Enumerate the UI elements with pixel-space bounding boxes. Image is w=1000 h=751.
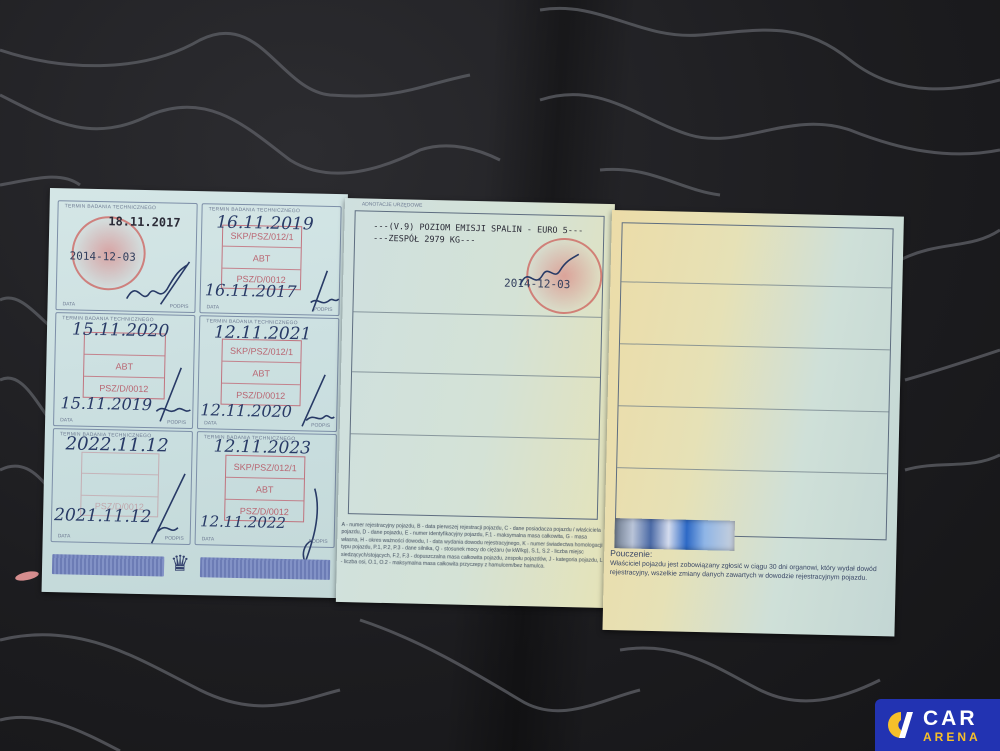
security-band	[200, 557, 330, 580]
date-label: DATA	[58, 533, 71, 539]
combination-mass-entry: ---ZESPÓŁ 2979 KG---	[373, 234, 476, 246]
ruled-line	[352, 371, 600, 378]
ruled-line	[619, 405, 889, 412]
vehicle-category: ABT	[222, 247, 300, 270]
vehicle-category: ABT	[222, 362, 300, 386]
signature-label: PODPIS	[309, 538, 328, 544]
inspection-performed-date: 12.11.2020	[200, 400, 292, 421]
next-inspection-date: 12.11.2023	[213, 436, 311, 458]
date-label: DATA	[202, 536, 215, 542]
inspection-cell: TERMIN BADANIA TECHNICZNEGO SKP/PSZ/012/…	[197, 315, 339, 432]
inspection-cell: TERMIN BADANIA TECHNICZNEGO ABT PSZ/D/00…	[53, 312, 195, 429]
next-inspection-date: 15.11.2020	[72, 319, 170, 341]
ruled-line	[621, 281, 891, 288]
date-label: DATA	[60, 417, 73, 423]
car-arena-logo: CAR ARENA	[875, 699, 1000, 751]
date-label: DATA	[206, 304, 219, 310]
inspection-station-stamp: SKP/PSZ/012/1 ABT PSZ/D/0012	[221, 339, 302, 407]
hologram-sticker	[614, 518, 735, 551]
signature	[150, 363, 193, 424]
inspection-cell: TERMIN BADANIA TECHNICZNEGO PSZ/D/0012 2…	[51, 428, 193, 545]
annotations-box: ADNOTACJE URZĘDOWE ---(V.9) POZIOM EMISJ…	[348, 210, 605, 520]
next-inspection-date: 16.11.2019	[216, 212, 314, 234]
signature	[514, 251, 585, 293]
next-inspection-date: 12.11.2021	[214, 322, 312, 344]
notice-title: Pouczenie:	[610, 548, 652, 559]
signature	[291, 484, 333, 565]
notice-page: Pouczenie: Właściciel pojazdu jest zobow…	[602, 210, 903, 637]
next-inspection-date: 18.11.2017	[108, 214, 181, 230]
next-inspection-date: 2022.11.12	[65, 433, 168, 456]
station-id	[82, 453, 158, 476]
registration-document: TERMIN BADANIA TECHNICZNEGO 18.11.2017 2…	[0, 0, 1000, 751]
signature-label: PODPIS	[170, 304, 189, 310]
ruled-line	[617, 467, 887, 474]
vehicle-category	[82, 474, 158, 497]
inspection-performed-date: 16.11.2017	[205, 280, 297, 301]
signature	[116, 258, 197, 310]
date-label: DATA	[63, 301, 76, 307]
signature-label: PODPIS	[311, 423, 330, 429]
field-codes-legend: A - numer rejestracyjny pojazdu, B - dat…	[340, 522, 604, 604]
inspection-cell: TERMIN BADANIA TECHNICZNEGO SKP/PSZ/012/…	[195, 431, 337, 548]
annotations-header: ADNOTACJE URZĘDOWE	[362, 201, 423, 208]
official-annotations-page: ADNOTACJE URZĘDOWE ---(V.9) POZIOM EMISJ…	[336, 198, 615, 608]
inspection-performed-date: 15.11.2019	[60, 393, 152, 414]
polish-eagle-emblem: ♛	[170, 551, 190, 577]
signature-label: PODPIS	[165, 535, 184, 541]
inspection-cell: TERMIN BADANIA TECHNICZNEGO SKP/PSZ/012/…	[199, 203, 341, 316]
ruled-line	[351, 433, 599, 440]
inspection-page: TERMIN BADANIA TECHNICZNEGO 18.11.2017 2…	[42, 188, 348, 598]
date-label: DATA	[204, 420, 217, 426]
annotations-box	[615, 222, 894, 540]
inspection-cell: TERMIN BADANIA TECHNICZNEGO 18.11.2017 2…	[55, 200, 197, 313]
inspection-performed-date: 2021.11.12	[54, 505, 152, 527]
car-arena-logo-icon	[887, 710, 913, 740]
brand-name-line2: ARENA	[923, 731, 981, 743]
signature-label: PODPIS	[314, 307, 333, 313]
signature	[294, 368, 337, 429]
inspection-performed-date: 12.11.2022	[200, 512, 286, 532]
ruled-line	[620, 343, 890, 350]
signature-label: PODPIS	[167, 420, 186, 426]
security-band	[52, 554, 164, 576]
station-id: SKP/PSZ/012/1	[226, 456, 304, 480]
cell-header: TERMIN BADANIA TECHNICZNEGO	[65, 203, 157, 211]
signature	[148, 465, 200, 546]
notice-text: Właściciel pojazdu jest zobowiązany zgło…	[610, 560, 886, 583]
brand-name-line1: CAR	[923, 708, 981, 729]
